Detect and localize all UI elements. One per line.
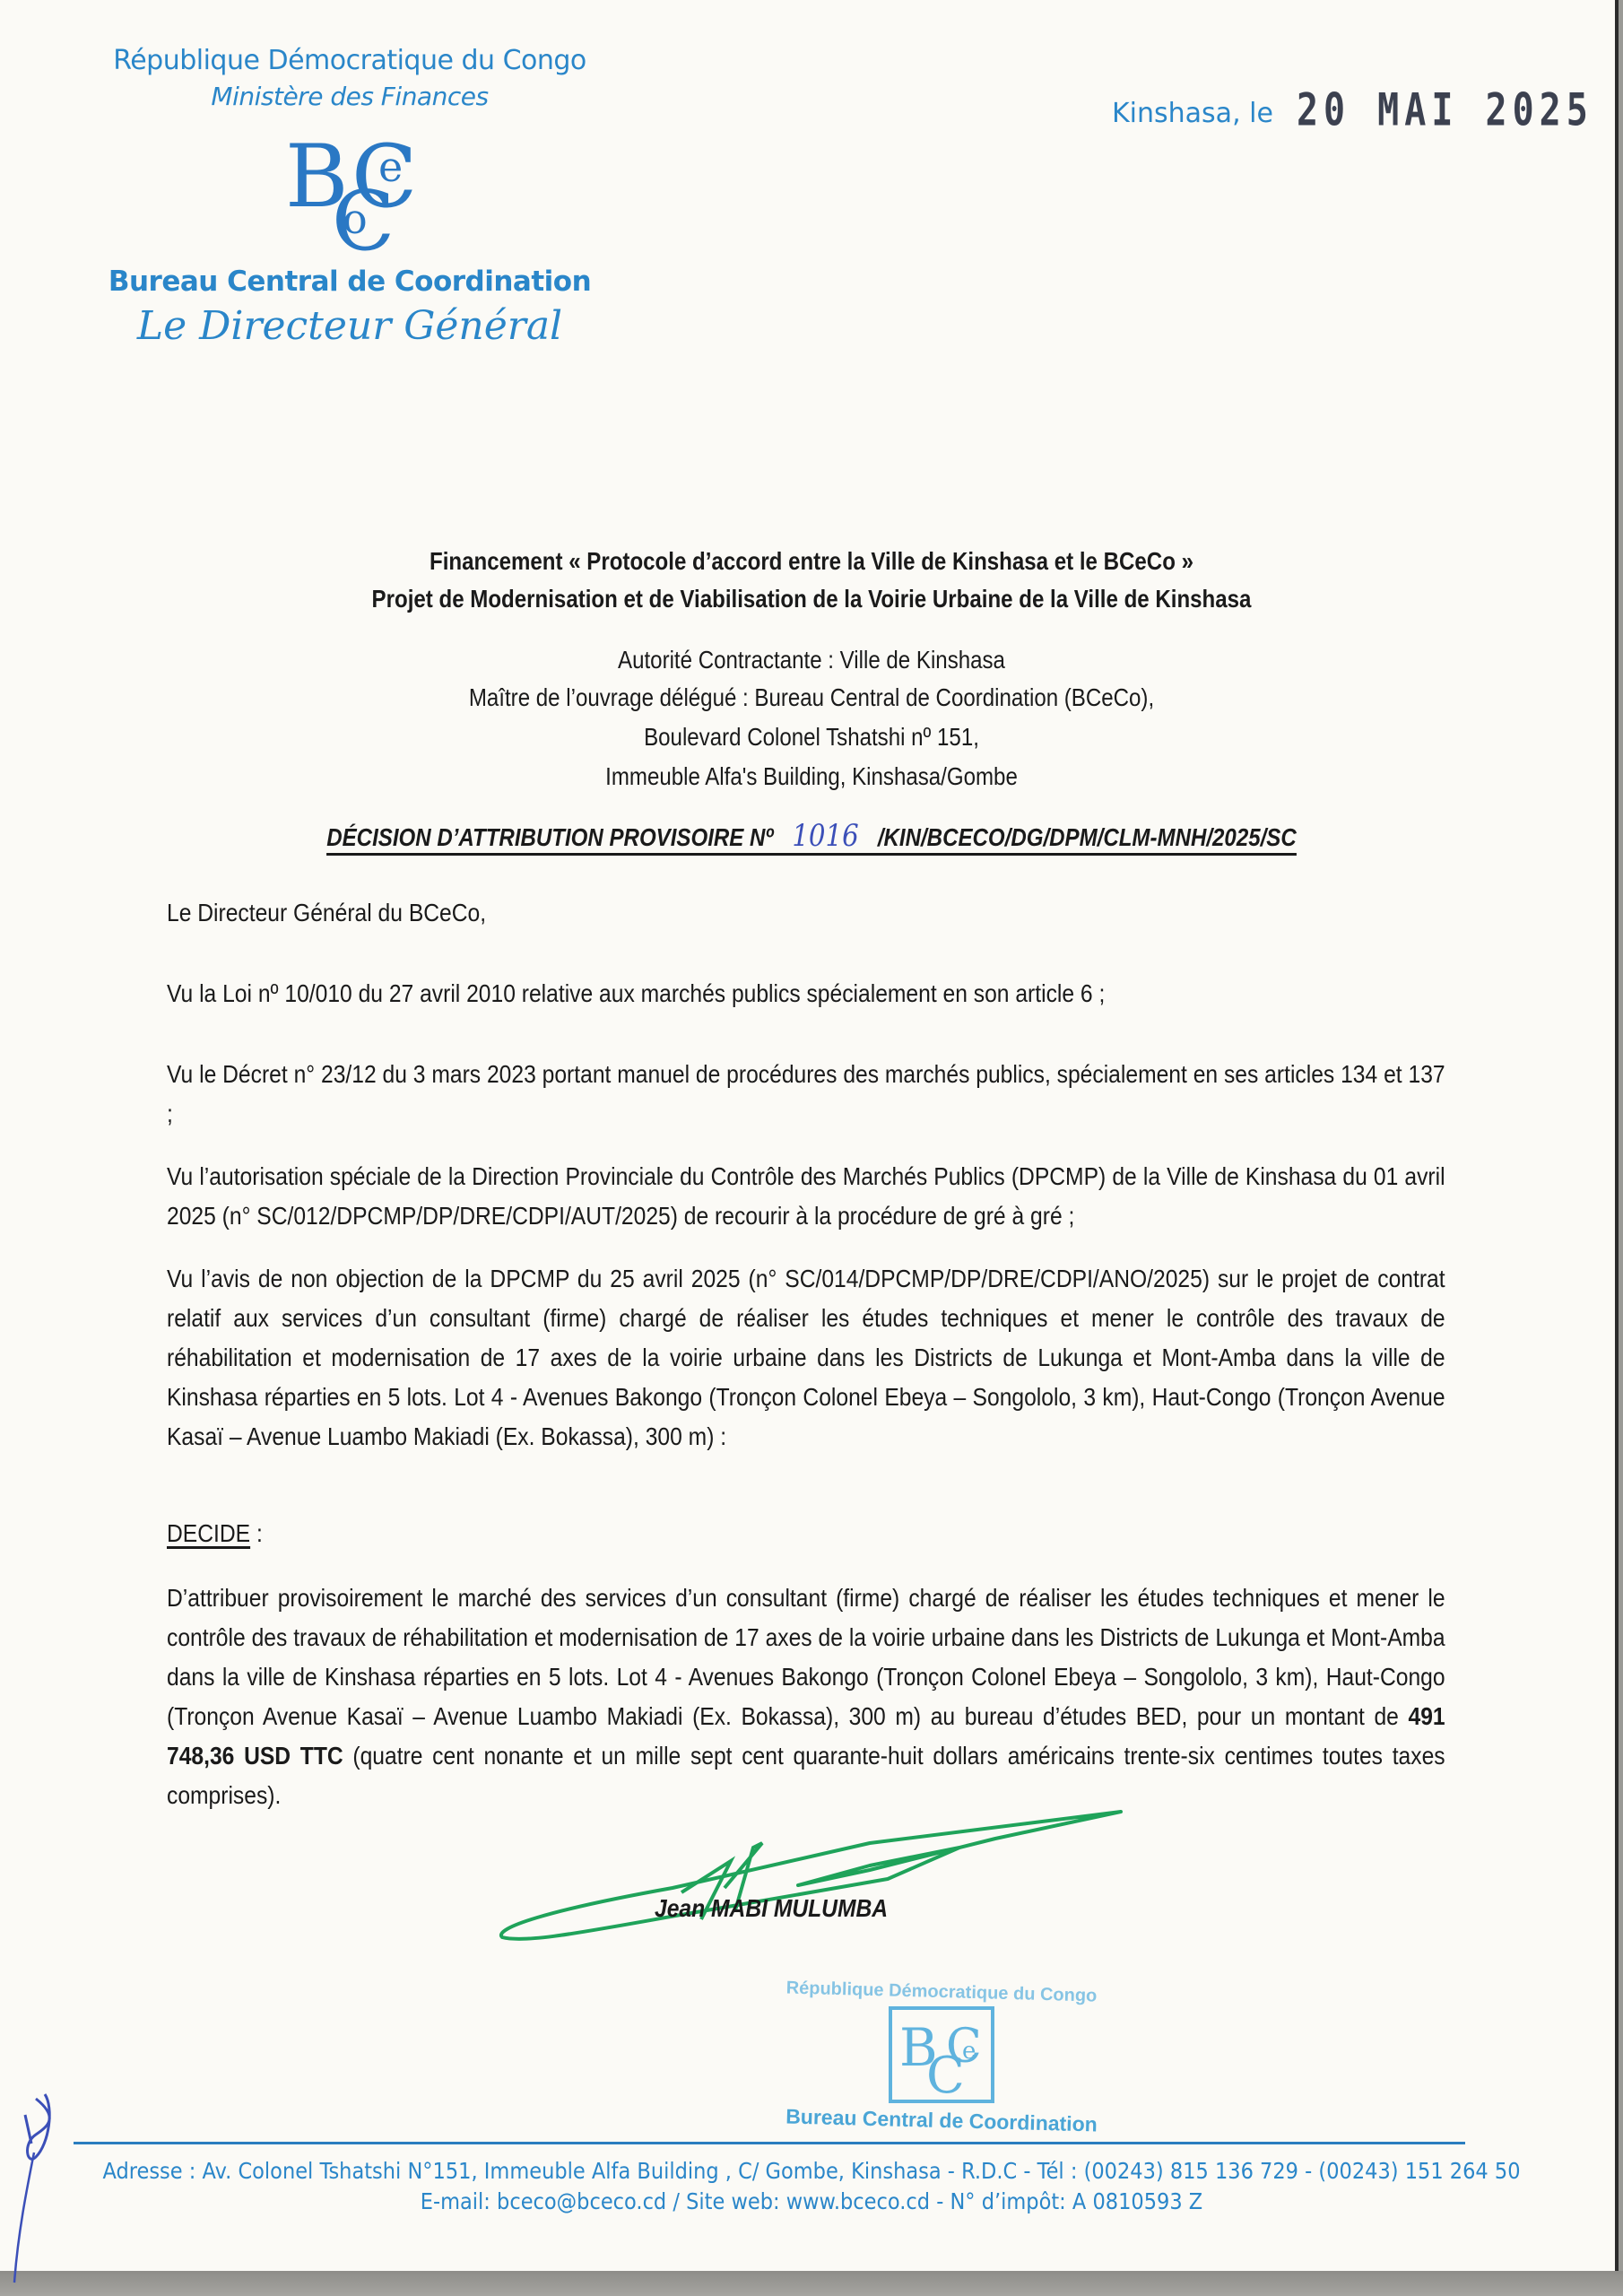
svg-text:e: e [378,143,403,191]
date-stamp: 20 MAI 2025 [1297,84,1593,136]
letterhead: République Démocratique du Congo Ministè… [90,45,610,349]
decide-colon: : [250,1519,263,1547]
consideration-text: Vu la Loi nº 10/010 du 27 avril 2010 rel… [167,974,1445,1013]
ministry-name: Ministère des Finances [90,82,610,111]
decision-suffix: /KIN/BCECO/DG/DPM/CLM-MNH/2025/SC [878,823,1297,851]
seal-country: République Démocratique du Congo [744,1977,1139,2008]
footer-divider [74,2142,1465,2144]
place-label: Kinshasa, le [1112,98,1273,129]
bceco-logo-icon: B C o C e [278,124,421,258]
signer-name: Jean MABI MULUMBA [655,1894,888,1923]
scan-bottom-edge [0,2271,1623,2296]
street-address: Boulevard Colonel Tshatshi nº 151, [114,723,1510,752]
decision-reference: DÉCISION D’ATTRIBUTION PROVISOIRE Nº 101… [114,818,1510,854]
seal-logo-icon: B C C e [889,2006,994,2103]
consideration-text: Vu l’avis de non objection de la DPCMP d… [167,1259,1445,1457]
decision-paragraph: D’attribuer provisoirement le marché des… [167,1578,1303,1815]
decide-heading: DECIDE : [167,1514,1303,1553]
contracting-authority: Autorité Contractante : Ville de Kinshas… [114,646,1510,674]
seal-organization: Bureau Central de Coordination [744,2103,1140,2138]
footer-contact: E-mail: bceco@bceco.cd / Site web: www.b… [82,2188,1542,2214]
office-title: Le Directeur Général [90,303,610,349]
official-seal: République Démocratique du Congo B C C e… [744,1982,1139,2161]
consideration-decree: Vu le Décret n° 23/12 du 3 mars 2023 por… [167,1055,1303,1134]
consideration-non-objection: Vu l’avis de non objection de la DPCMP d… [167,1259,1303,1457]
svg-text:e: e [962,2038,976,2065]
place-date: Kinshasa, le 20 MAI 2025 [1112,90,1593,131]
decision-prefix: DÉCISION D’ATTRIBUTION PROVISOIRE Nº [326,823,773,851]
greeting: Le Directeur Général du BCeCo, [167,893,1303,933]
page-edge [1612,0,1623,2296]
consideration-text: Vu le Décret n° 23/12 du 3 mars 2023 por… [167,1055,1445,1134]
delegated-owner: Maître de l’ouvrage délégué : Bureau Cen… [114,683,1510,712]
decision-text-1: D’attribuer provisoirement le marché des… [167,1584,1445,1730]
organization-name: Bureau Central de Coordination [90,265,610,298]
consideration-law: Vu la Loi nº 10/010 du 27 avril 2010 rel… [167,974,1303,1013]
initials-icon [9,2090,72,2287]
footer-address: Adresse : Av. Colonel Tshatshi N°151, Im… [82,2158,1542,2184]
consideration-text: Vu l’autorisation spéciale de la Directi… [167,1157,1445,1236]
decision-reference-line: DÉCISION D’ATTRIBUTION PROVISOIRE Nº 101… [326,823,1297,856]
project-title: Projet de Modernisation et de Viabilisat… [114,585,1510,613]
handwritten-number: 1016 [779,818,872,854]
signature-icon [493,1803,1139,1946]
building-address: Immeuble Alfa's Building, Kinshasa/Gombe [114,762,1510,791]
decide-label: DECIDE [167,1519,250,1547]
decision-text-2: (quatre cent nonante et un mille sept ce… [167,1742,1445,1809]
consideration-authorization: Vu l’autorisation spéciale de la Directi… [167,1157,1303,1236]
country-name: République Démocratique du Congo [90,45,610,76]
greeting-text: Le Directeur Général du BCeCo, [167,893,1445,933]
financing-title: Financement « Protocole d’accord entre l… [114,547,1510,576]
